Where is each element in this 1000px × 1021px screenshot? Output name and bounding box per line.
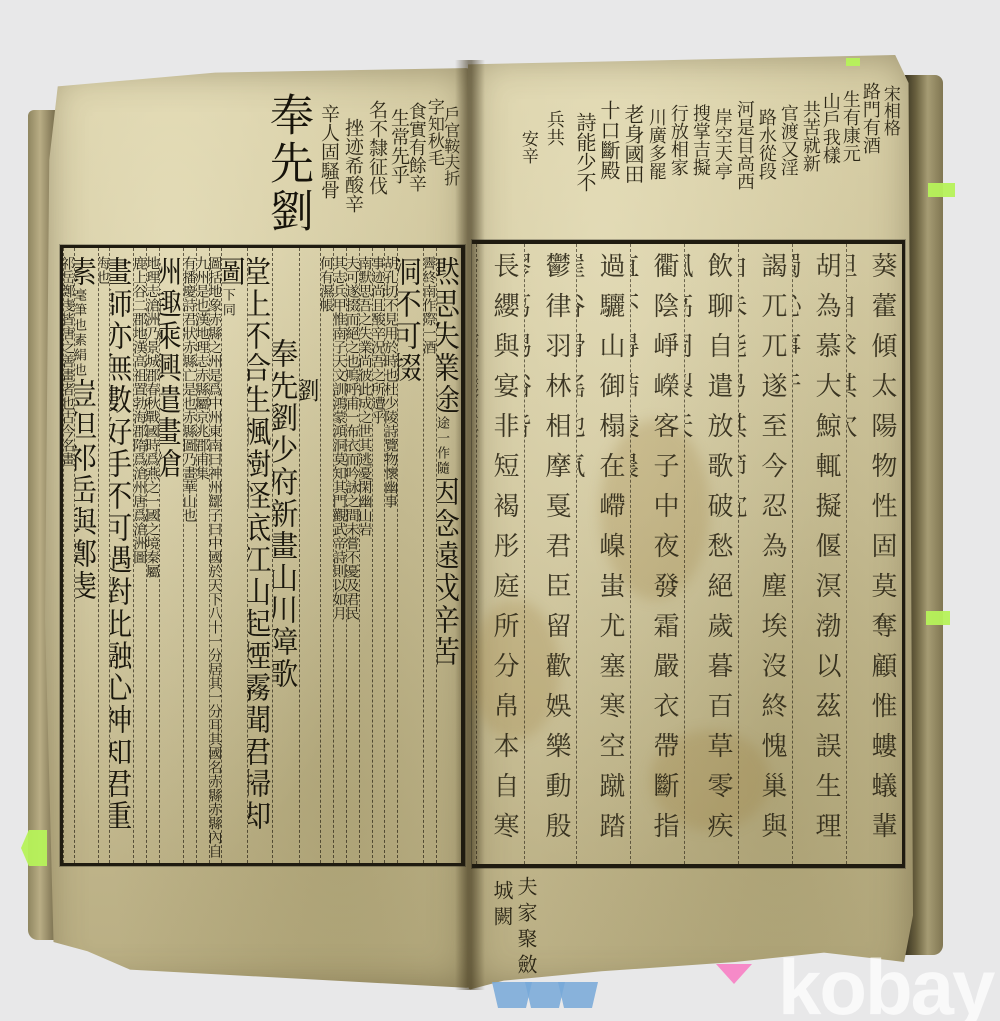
text-column: 謁兀兀遂至今忍為塵埃沒終愧巢與由未能易其節沈: [738, 244, 792, 864]
text-column: 鬱律羽林相摩戛君臣留歡娛樂動殷膠葛賜浴皆: [524, 244, 576, 864]
annotation-line: 辛人固騷骨: [318, 104, 338, 199]
text-column: 地理志滄洲乃景城郡春秋戰國時爲燕之一國之境秦屬: [146, 248, 159, 863]
text-column: 九州是也漢地理志赤縣屬京兆郡甫集: [196, 248, 209, 863]
annotation-line: 食實有餘辛: [406, 102, 425, 192]
sticky-tab-pink: [716, 964, 752, 984]
annotation-line: 挫迹希酸辛: [342, 118, 362, 213]
text-column: 夫可遂掇而絕之也嗚呼甫一布衣而吟詠之間未嘗不憂及君民: [346, 248, 359, 863]
book-photo: 辛人固騷骨 挫迹希酸辛 名不隸征伐 生常先乎 食實有餘辛 字知秋毛 戶官鞍夫折 …: [0, 0, 1000, 1021]
text-column: 素毫筆也素絹也豈但祁岳與鄭虔: [74, 248, 98, 863]
sticky-tab-blue: [558, 982, 598, 1008]
annotation-line: 河是目高西: [734, 100, 753, 190]
annotation-line: 官渡又淫: [778, 104, 797, 176]
text-column: 胡孔切不見用於時也杜少陵詩覽物懷幽事: [384, 248, 397, 863]
annotation-line: 詩能少不: [574, 112, 595, 192]
kobay-watermark: kobay: [778, 948, 993, 1021]
left-text-columns: 黙思失業途途一作隨因念遠戍辛苦 霽終南作際一酒 洞不可掇 胡孔切不見用於時也杜少…: [63, 248, 461, 863]
text-column: 劉: [299, 248, 320, 863]
text-column: 堂上不合生楓樹怪底江山起煙霧聞君掃却赤縣: [247, 248, 272, 863]
annotation-line: 字知秋毛: [424, 98, 442, 166]
text-column: 過驪山御榻在嵽嵲蚩尤塞寒空蹴踏崖谷滑瑤池氣: [576, 244, 630, 864]
annotation-line: 山戶我樣: [820, 92, 839, 164]
annotation-line: 搜掌吉擬: [690, 104, 709, 176]
text-column: 祁岳鄭虔皆唐之善畫者也古今名畫: [63, 248, 74, 863]
annotation-line: 安辛: [518, 130, 536, 164]
side-title: 奉先劉: [263, 92, 311, 236]
annotation-line: 戶官鞍夫折: [442, 106, 459, 186]
text-column: 胡為慕大鯨輒擬偃溟渤以茲誤生理獨恥事干: [792, 244, 846, 864]
annotation-line: 路水從段: [756, 108, 775, 180]
text-column: 有播慶詩君狀赤縣亡是也赤縣圖乃畫華山也: [183, 248, 196, 863]
text-column: 事迹尚且酸辛況吾之所遭乎: [372, 248, 385, 863]
text-column: 畫師亦無數好手不可遇對此融心神知君重毫: [109, 248, 133, 863]
annotation-line: 宋相格: [880, 85, 898, 136]
text-column: 衢陰崢嶸客子中夜發霜嚴衣帶斷指直不得結凌晨: [630, 244, 684, 864]
poem-title-column: 奉先劉少府新畫山川障歌: [272, 248, 299, 863]
left-text-frame: 黙思失業途途一作隨因念遠戍辛苦 霽終南作際一酒 洞不可掇 胡孔切不見用於時也杜少…: [60, 245, 465, 866]
bottom-annotation: 夫家聚斂: [512, 876, 541, 980]
text-column: 何有濕帳: [320, 248, 333, 863]
text-column: 南默思吾之失業尚彼此成之世其逃憂閑幽山岩: [359, 248, 372, 863]
text-column: 霽終南作際一酒: [423, 248, 436, 863]
text-column: 飲聊自遣放歌破愁絕歲暮百草零疾風高岡裂天: [684, 244, 738, 864]
annotation-line: 共苦就新: [800, 100, 819, 172]
text-column: 圖括地象赤縣之州是爲中州東南曰神州鄒子曰中國於天下八十一分居其一分耳其國名赤縣赤…: [209, 248, 222, 863]
annotation-line: 兵共: [544, 110, 563, 146]
text-column: 海也: [98, 248, 109, 863]
annotation-line: 路門有酒: [860, 82, 879, 154]
sticky-tab-green: [846, 58, 860, 66]
text-column: 洞不可掇: [397, 248, 422, 863]
annotation-line: 名不隸征伐: [366, 100, 386, 195]
text-column: 圖下同: [221, 248, 246, 863]
text-column: 其志兵甲惟南子天文訓鴻蒙澒洞莫知其門觀武帝詩則以如月: [333, 248, 346, 863]
text-column: 葵藿傾太陽物性固莫奪顧惟螻蟻輩但自求其穴: [846, 244, 902, 864]
sticky-tab-green: [21, 830, 47, 866]
sticky-tab-green: [928, 183, 955, 197]
annotation-line: 老身國田: [622, 104, 643, 184]
text-column: 長纓與宴非短褐彤庭所分帛本自寒女出鞭撻其: [476, 244, 524, 864]
text-column: 洲趣乘興遣畫滄: [159, 248, 183, 863]
text-column: 鹿上谷二郡地漢高祖置勃海郡隋爲滄州唐爲滄洲圖: [133, 248, 146, 863]
annotation-line: 十口斷殿: [598, 100, 619, 180]
annotation-line: 岸空天亭: [712, 108, 731, 180]
text-column: 黙思失業途途一作隨因念遠戍辛苦: [436, 248, 461, 863]
sticky-tab-green: [926, 611, 950, 625]
right-text-columns: 葵藿傾太陽物性固莫奪顧惟螻蟻輩但自求其穴 胡為慕大鯨輒擬偃溟渤以茲誤生理獨恥事干…: [472, 244, 902, 864]
annotation-line: 川廣多罷: [646, 108, 665, 180]
annotation-line: 行放相家: [668, 104, 687, 176]
right-text-frame: 葵藿傾太陽物性固莫奪顧惟螻蟻輩但自求其穴 胡為慕大鯨輒擬偃溟渤以茲誤生理獨恥事干…: [472, 240, 905, 868]
annotation-line: 生有康元: [840, 90, 859, 162]
annotation-line: 生常先乎: [388, 108, 408, 184]
